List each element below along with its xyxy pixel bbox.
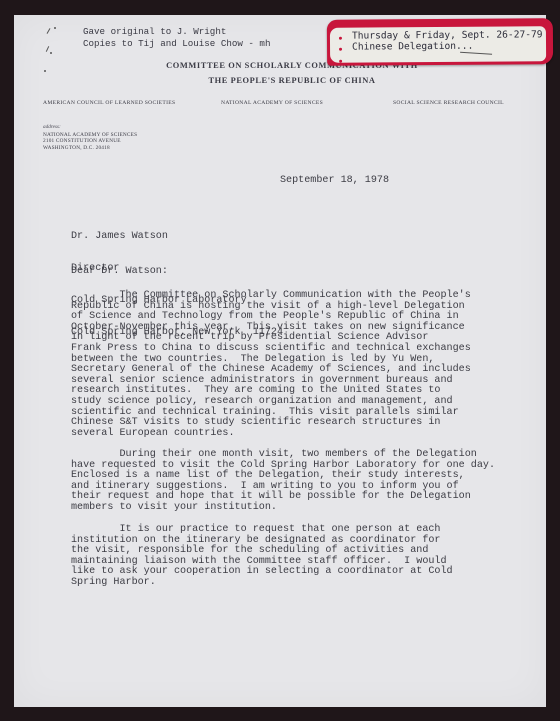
body-paragraph-1: The Committee on Scholarly Communication… <box>71 291 471 439</box>
address-line: WASHINGTON, D.C. 20418 <box>43 145 137 151</box>
paragraph-line: Spring Harbor. <box>71 578 453 589</box>
address-label: address: <box>43 124 61 130</box>
body-paragraph-2: During their one month visit, two member… <box>71 450 495 514</box>
sticky-label: Thursday & Friday, Sept. 26-27-79Chinese… <box>327 18 553 66</box>
body-paragraph-3: It is our practice to request that one p… <box>71 525 453 589</box>
sticky-line-2: Chinese Delegation... <box>352 41 543 53</box>
paragraph-line: members to visit your institution. <box>71 503 495 514</box>
paragraph-line: Frank Press to China to discuss scientif… <box>71 344 471 355</box>
letterhead-title-line-2: THE PEOPLE'S REPUBLIC OF CHINA <box>12 76 560 85</box>
routing-note-line-2: Copies to Tij and Louise Chow - mh <box>83 38 270 50</box>
sticky-bullet-dots <box>339 34 343 64</box>
sticky-label-text: Thursday & Friday, Sept. 26-27-79Chinese… <box>352 30 543 53</box>
paragraph-line: The Committee on Scholarly Communication… <box>71 291 471 302</box>
sticky-label-face: Thursday & Friday, Sept. 26-27-79Chinese… <box>330 26 546 63</box>
pencil-underline <box>460 52 492 55</box>
org-nas: NATIONAL ACADEMY OF SCIENCES <box>221 100 323 106</box>
handwritten-routing-note: Gave original to J. WrightCopies to Tij … <box>83 26 270 49</box>
paragraph-line: During their one month visit, two member… <box>71 450 495 461</box>
recipient-line: Dr. James Watson <box>71 232 283 243</box>
routing-note-line-1: Gave original to J. Wright <box>83 26 270 38</box>
paragraph-line: study science policy, research organizat… <box>71 397 471 408</box>
pencil-marks <box>44 24 64 84</box>
letterhead-address: NATIONAL ACADEMY OF SCIENCES 2101 CONSTI… <box>43 132 137 151</box>
letter-date: September 18, 1978 <box>280 176 389 187</box>
paragraph-line: It is our practice to request that one p… <box>71 525 453 536</box>
org-acls: AMERICAN COUNCIL OF LEARNED SOCIETIES <box>43 100 175 106</box>
salutation: Dear Dr. Watson: <box>71 267 168 278</box>
paragraph-line: several European countries. <box>71 429 471 440</box>
org-ssrc: SOCIAL SCIENCE RESEARCH COUNCIL <box>393 100 504 106</box>
